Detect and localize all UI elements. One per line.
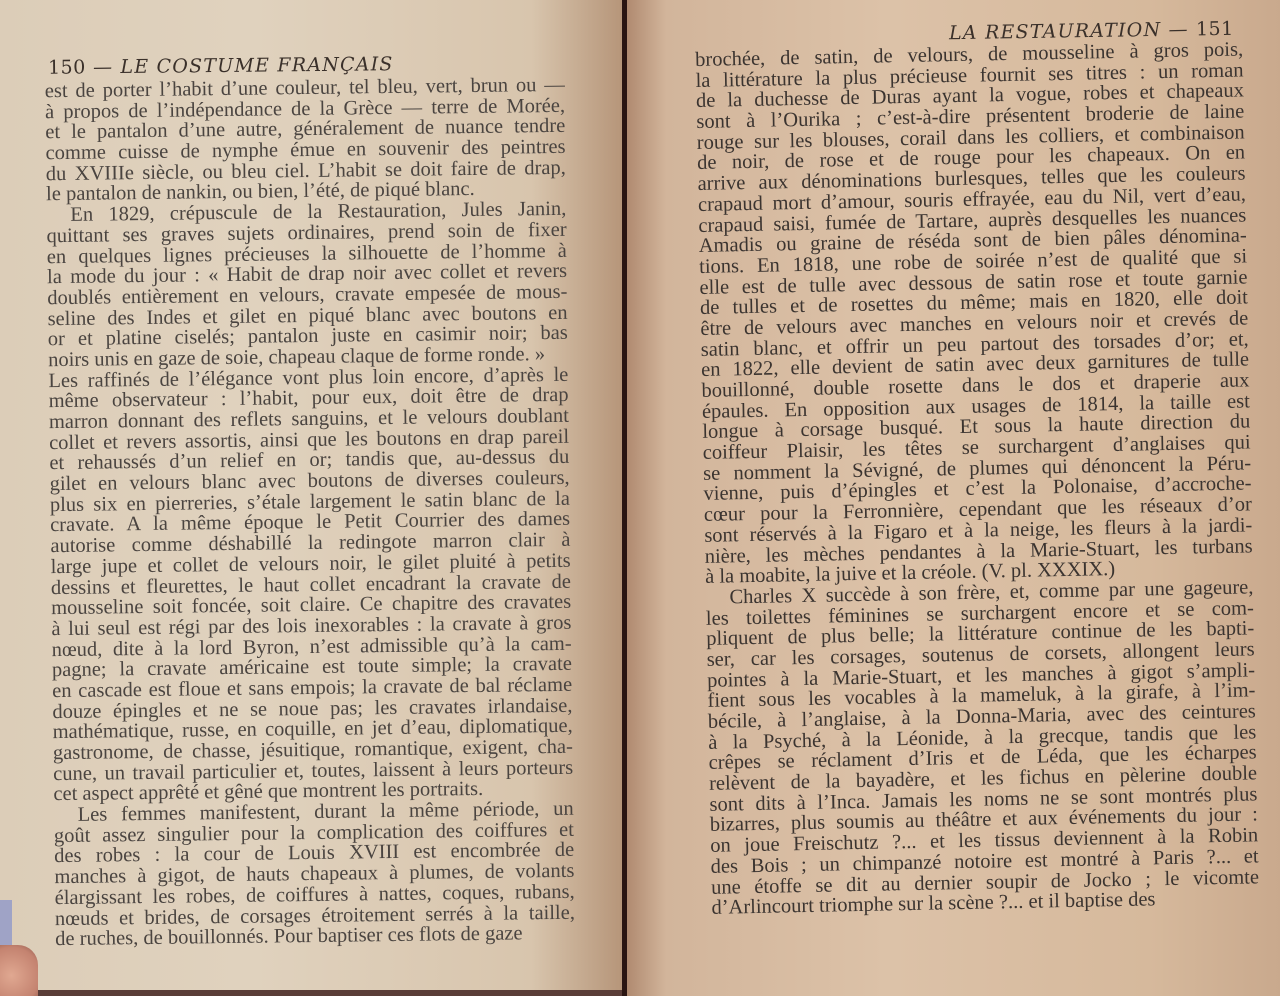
left-page-number: 150: [48, 56, 86, 78]
background-edge: [0, 900, 12, 950]
text-line: de ruches, de bouillonnés. Pour baptiser…: [55, 923, 575, 950]
right-page: LA RESTAURATION — 151 brochée, de satin,…: [627, 0, 1280, 996]
open-book-spread: 150 — LE COSTUME FRANÇAIS est de porter …: [0, 0, 1280, 996]
left-page-body: est de porter l’habit d’une couleur, tel…: [45, 75, 576, 950]
left-running-header: 150 — LE COSTUME FRANÇAIS: [48, 53, 394, 79]
left-header-title: LE COSTUME FRANÇAIS: [120, 53, 393, 78]
right-page-body: brochée, de satin, de velours, de mousse…: [695, 39, 1260, 918]
thumb-holding-page: [0, 945, 38, 996]
right-page-number: 151: [1196, 18, 1234, 41]
left-page: 150 — LE COSTUME FRANÇAIS est de porter …: [0, 0, 625, 990]
